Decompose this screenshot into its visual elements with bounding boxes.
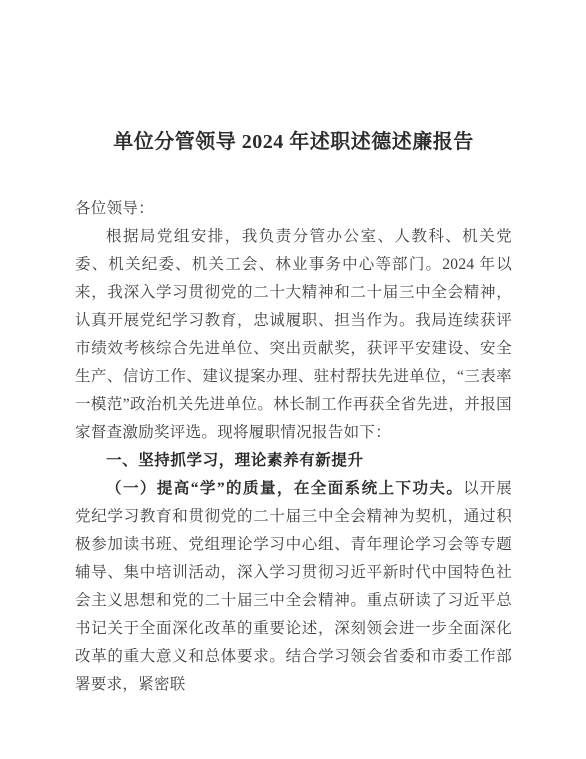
document-title: 单位分管领导 2024 年述职述德述廉报告 bbox=[75, 126, 512, 158]
subsection-1-text: 以开展党纪学习教育和贯彻党的二十届三中全会精神为契机，通过积极参加读书班、党组理… bbox=[75, 480, 512, 693]
intro-paragraph: 根据局党组安排，我负责分管办公室、人教科、机关党委、机关纪委、机关工会、林业事务… bbox=[75, 223, 512, 447]
section-1-subparagraph: （一）提高“学”的质量，在全面系统上下功夫。以开展党纪学习教育和贯彻党的二十届三… bbox=[75, 475, 512, 699]
section-1-heading: 一、坚持抓学习，理论素养有新提升 bbox=[75, 447, 512, 475]
salutation: 各位领导： bbox=[75, 195, 512, 223]
subsection-1-lead: （一）提高“学”的质量，在全面系统上下功夫。 bbox=[106, 480, 463, 497]
document-page: 单位分管领导 2024 年述职述德述廉报告 各位领导： 根据局党组安排，我负责分… bbox=[0, 0, 586, 759]
